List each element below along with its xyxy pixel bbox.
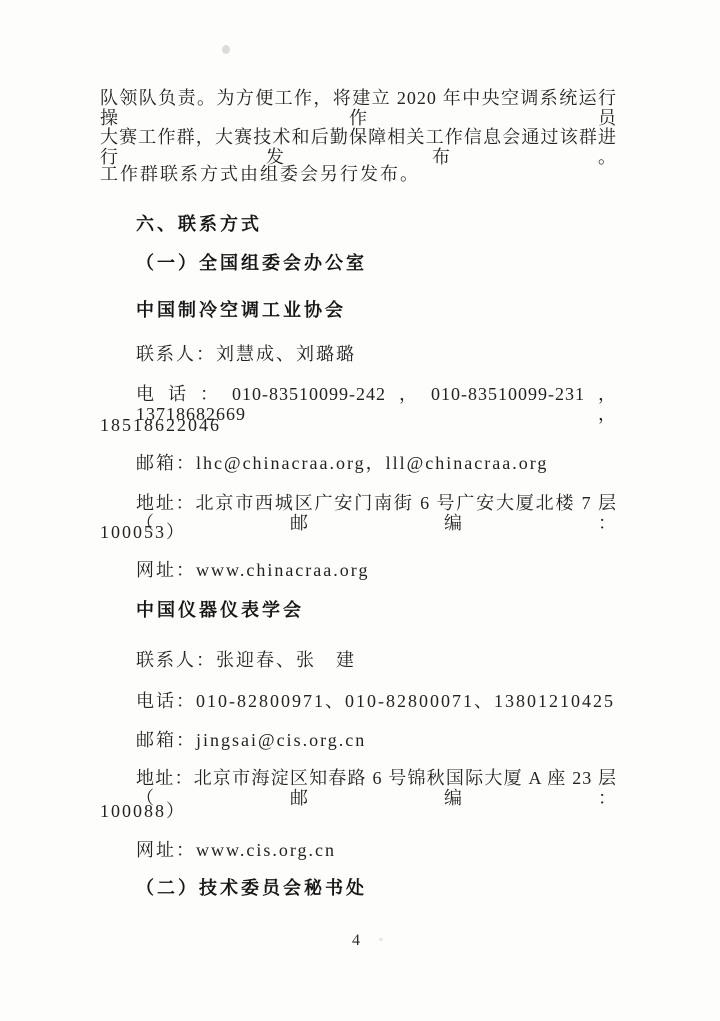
org1-phone-line-2: 18518622046 [100, 415, 221, 435]
sub2-heading: （二）技术委员会秘书处 [136, 878, 367, 898]
org1-name: 中国制冷空调工业协会 [136, 300, 346, 320]
org2-website: 网址：www.cis.org.cn [136, 840, 336, 860]
sub1-heading: （一）全国组委会办公室 [136, 253, 367, 273]
org2-name: 中国仪器仪表学会 [136, 600, 304, 620]
document-page: 队领队负责。为方便工作，将建立 2020 年中央空调系统运行操作员 大赛工作群，… [0, 0, 720, 1021]
intro-line-1: 队领队负责。为方便工作，将建立 2020 年中央空调系统运行操作员 [100, 88, 617, 128]
org1-website: 网址：www.chinacraa.org [136, 560, 369, 580]
org2-address-line-1: 地址：北京市海淀区知春路 6 号锦秋国际大厦 A 座 23 层（邮编： [136, 768, 617, 808]
section6-heading: 六、联系方式 [136, 214, 262, 234]
intro-line-2: 大赛工作群，大赛技术和后勤保障相关工作信息会通过该群进行发布。 [100, 127, 617, 167]
org2-contact: 联系人：张迎春、张 建 [136, 650, 356, 670]
intro-line-3: 工作群联系方式由组委会另行发布。 [100, 164, 420, 184]
org1-contact: 联系人：刘慧成、刘璐璐 [136, 344, 356, 364]
org2-email: 邮箱：jingsai@cis.org.cn [136, 730, 366, 750]
org1-address-line-2: 100053） [100, 522, 186, 542]
org1-email: 邮箱：lhc@chinacraa.org，lll@chinacraa.org [136, 453, 548, 473]
page-number: 4 [0, 931, 712, 951]
org1-address-line-1: 地址：北京市西城区广安门南街 6 号广安大厦北楼 7 层（邮编： [136, 493, 617, 533]
org2-phone: 电话：010-82800971、010-82800071、13801210425 [136, 691, 615, 711]
scan-speck [222, 45, 230, 54]
org2-address-line-2: 100088） [100, 801, 186, 821]
